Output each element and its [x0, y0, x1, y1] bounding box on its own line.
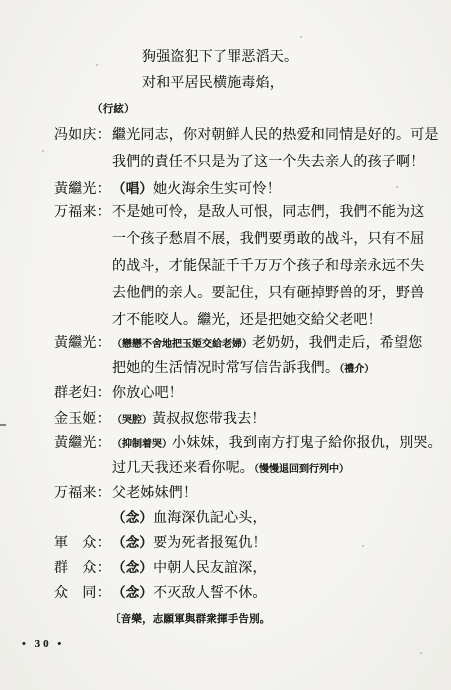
scan-artifact	[0, 424, 6, 426]
dialogue-text: 要为死者报冤仇！	[153, 536, 267, 551]
dialogue-line: 万福来：不是她可怜，是敌人可恨，同志們，我們不能为这	[54, 205, 424, 221]
dialogue-text: 才不能咬人。繼光，还是把她交給父老吧！	[112, 313, 382, 328]
speaker-name: 群老妇：	[54, 386, 112, 402]
dialogue-line: 黃繼光：（唱）她火海余生实可怜！	[54, 181, 281, 198]
inline-stage-direction: （慢慢退回到行列中）	[254, 464, 349, 475]
dialogue-text: 去他們的亲人。要記住，只有砸掉野兽的牙，野兽	[112, 286, 424, 301]
verse-text: 狗强盗犯下了罪恶滔天。	[142, 50, 298, 65]
recite-marker: （念）	[112, 585, 153, 600]
recite-marker: （念）	[112, 560, 153, 575]
speaker-name: 众 同：	[54, 586, 112, 602]
dialogue-line: 众 同：（念）不灭敌人誓不休。	[54, 585, 267, 602]
sing-marker: （唱）	[112, 181, 153, 196]
dialogue-text: 她火海余生实可怜！	[153, 182, 281, 197]
speaker-name: 金玉姬：	[54, 412, 112, 428]
dialogue-text: 父老姊妹們！	[112, 486, 197, 501]
scanned-script-page: 狗强盗犯下了罪恶滔天。 对和平居民横施毒焰， （行絃） 冯如庆：繼光同志，你对朝…	[0, 0, 451, 690]
scan-artifact	[396, 186, 398, 188]
dialogue-text: 不是她可怜，是敌人可恨，同志們，我們不能为这	[112, 205, 424, 220]
scan-artifact	[96, 64, 98, 66]
recite-marker: （念）	[112, 535, 153, 550]
dialogue-line: 群老妇：你放心吧！	[54, 386, 183, 402]
scan-artifact	[362, 545, 364, 547]
dialogue-text: 一个孩子愁眉不展，我們要勇敢的战斗，只有不屈	[112, 232, 424, 247]
dialogue-continuation: 我們的責任不只是为了这一个失去亲人的孩子啊！	[112, 155, 424, 171]
dialogue-continuation: 的战斗，才能保証千千万万个孩子和母亲永远不失	[112, 259, 424, 275]
dialogue-continuation: 把她的生活情况时常写信告訴我們。（禮介）	[112, 361, 374, 378]
dialogue-line: 万福来：父老姊妹們！	[54, 486, 197, 502]
dialogue-text: 繼光同志，你对朝鲜人民的热爱和同情是好的。可是	[112, 128, 439, 143]
dialogue-line: 群 众：（念）中朝人民友誼深，	[54, 560, 267, 577]
speaker-name: 黃繼光：	[54, 336, 112, 352]
dialogue-continuation: 才不能咬人。繼光，还是把她交給父老吧！	[112, 313, 382, 329]
dialogue-continuation: 去他們的亲人。要記住，只有砸掉野兽的牙，野兽	[112, 286, 424, 302]
scan-artifact	[42, 150, 44, 152]
speaker-name: 冯如庆：	[54, 128, 112, 144]
dialogue-continuation: 过几天我还来看你呢。（慢慢退回到行列中）	[112, 461, 349, 478]
dialogue-line: 黃繼光：（抑制着哭）小妹妹，我到南方打鬼子給你报仇，別哭。	[54, 436, 442, 453]
inline-stage-direction: （戀戀不舍地把玉姬交給老婦）	[112, 339, 252, 350]
dialogue-text: 血海深仇記心头，	[153, 511, 267, 526]
speaker-name: 黃繼光：	[54, 436, 112, 452]
stage-direction: （行絃）	[92, 102, 135, 118]
verse-line: 对和平居民横施毒焰，	[142, 76, 284, 92]
stage-direction-text: （行絃）	[92, 104, 135, 115]
dialogue-text: 黃叔叔您带我去！	[152, 412, 266, 427]
dialogue-text: 不灭敌人誓不休。	[153, 586, 267, 601]
dialogue-line: 軍 众：（念）要为死者报冤仇！	[54, 535, 267, 552]
stage-direction: 〔音樂，志願軍與群衆揮手告別。	[110, 612, 271, 628]
dialogue-text: 的战斗，才能保証千千万万个孩子和母亲永远不失	[112, 259, 424, 274]
dialogue-text: 你放心吧！	[112, 386, 183, 401]
recitation-line: （念）血海深仇記心头，	[112, 510, 267, 527]
verse-text: 对和平居民横施毒焰，	[142, 76, 284, 91]
speaker-name: 軍 众：	[54, 536, 112, 552]
speaker-name: 黃繼光：	[54, 182, 112, 198]
scan-artifact	[300, 36, 302, 38]
dialogue-text: 小妹妹，我到南方打鬼子給你报仇，別哭。	[172, 436, 442, 451]
dialogue-line: 冯如庆：繼光同志，你对朝鲜人民的热爱和同情是好的。可是	[54, 128, 439, 144]
speaker-name: 万福来：	[54, 205, 112, 221]
page-number: • 30 •	[22, 636, 64, 652]
dialogue-line: 黃繼光：（戀戀不舍地把玉姬交給老婦）老奶奶，我們走后，希望您	[54, 336, 422, 353]
stage-direction-text: 〔音樂，志願軍與群衆揮手告別。	[110, 614, 271, 625]
scan-artifact	[420, 652, 422, 654]
inline-stage-direction: （哭腔）	[112, 415, 152, 426]
inline-stage-direction: （抑制着哭）	[112, 439, 172, 450]
dialogue-text: 过几天我还来看你呢。	[112, 461, 254, 476]
speaker-name: 万福来：	[54, 486, 112, 502]
dialogue-text: 把她的生活情况时常写信告訴我們。	[112, 361, 339, 376]
verse-line: 狗强盗犯下了罪恶滔天。	[142, 50, 298, 66]
dialogue-continuation: 一个孩子愁眉不展，我們要勇敢的战斗，只有不屈	[112, 232, 424, 248]
dialogue-text: 我們的責任不只是为了这一个失去亲人的孩子啊！	[112, 155, 424, 170]
dialogue-text: 中朝人民友誼深，	[153, 561, 267, 576]
page-number-text: • 30 •	[22, 638, 64, 650]
speaker-name: 群 众：	[54, 561, 112, 577]
dialogue-text: 老奶奶，我們走后，希望您	[252, 336, 422, 351]
recite-marker: （念）	[112, 510, 153, 525]
inline-stage-direction: （禮介）	[339, 364, 374, 375]
dialogue-line: 金玉姬：（哭腔）黃叔叔您带我去！	[54, 412, 266, 429]
